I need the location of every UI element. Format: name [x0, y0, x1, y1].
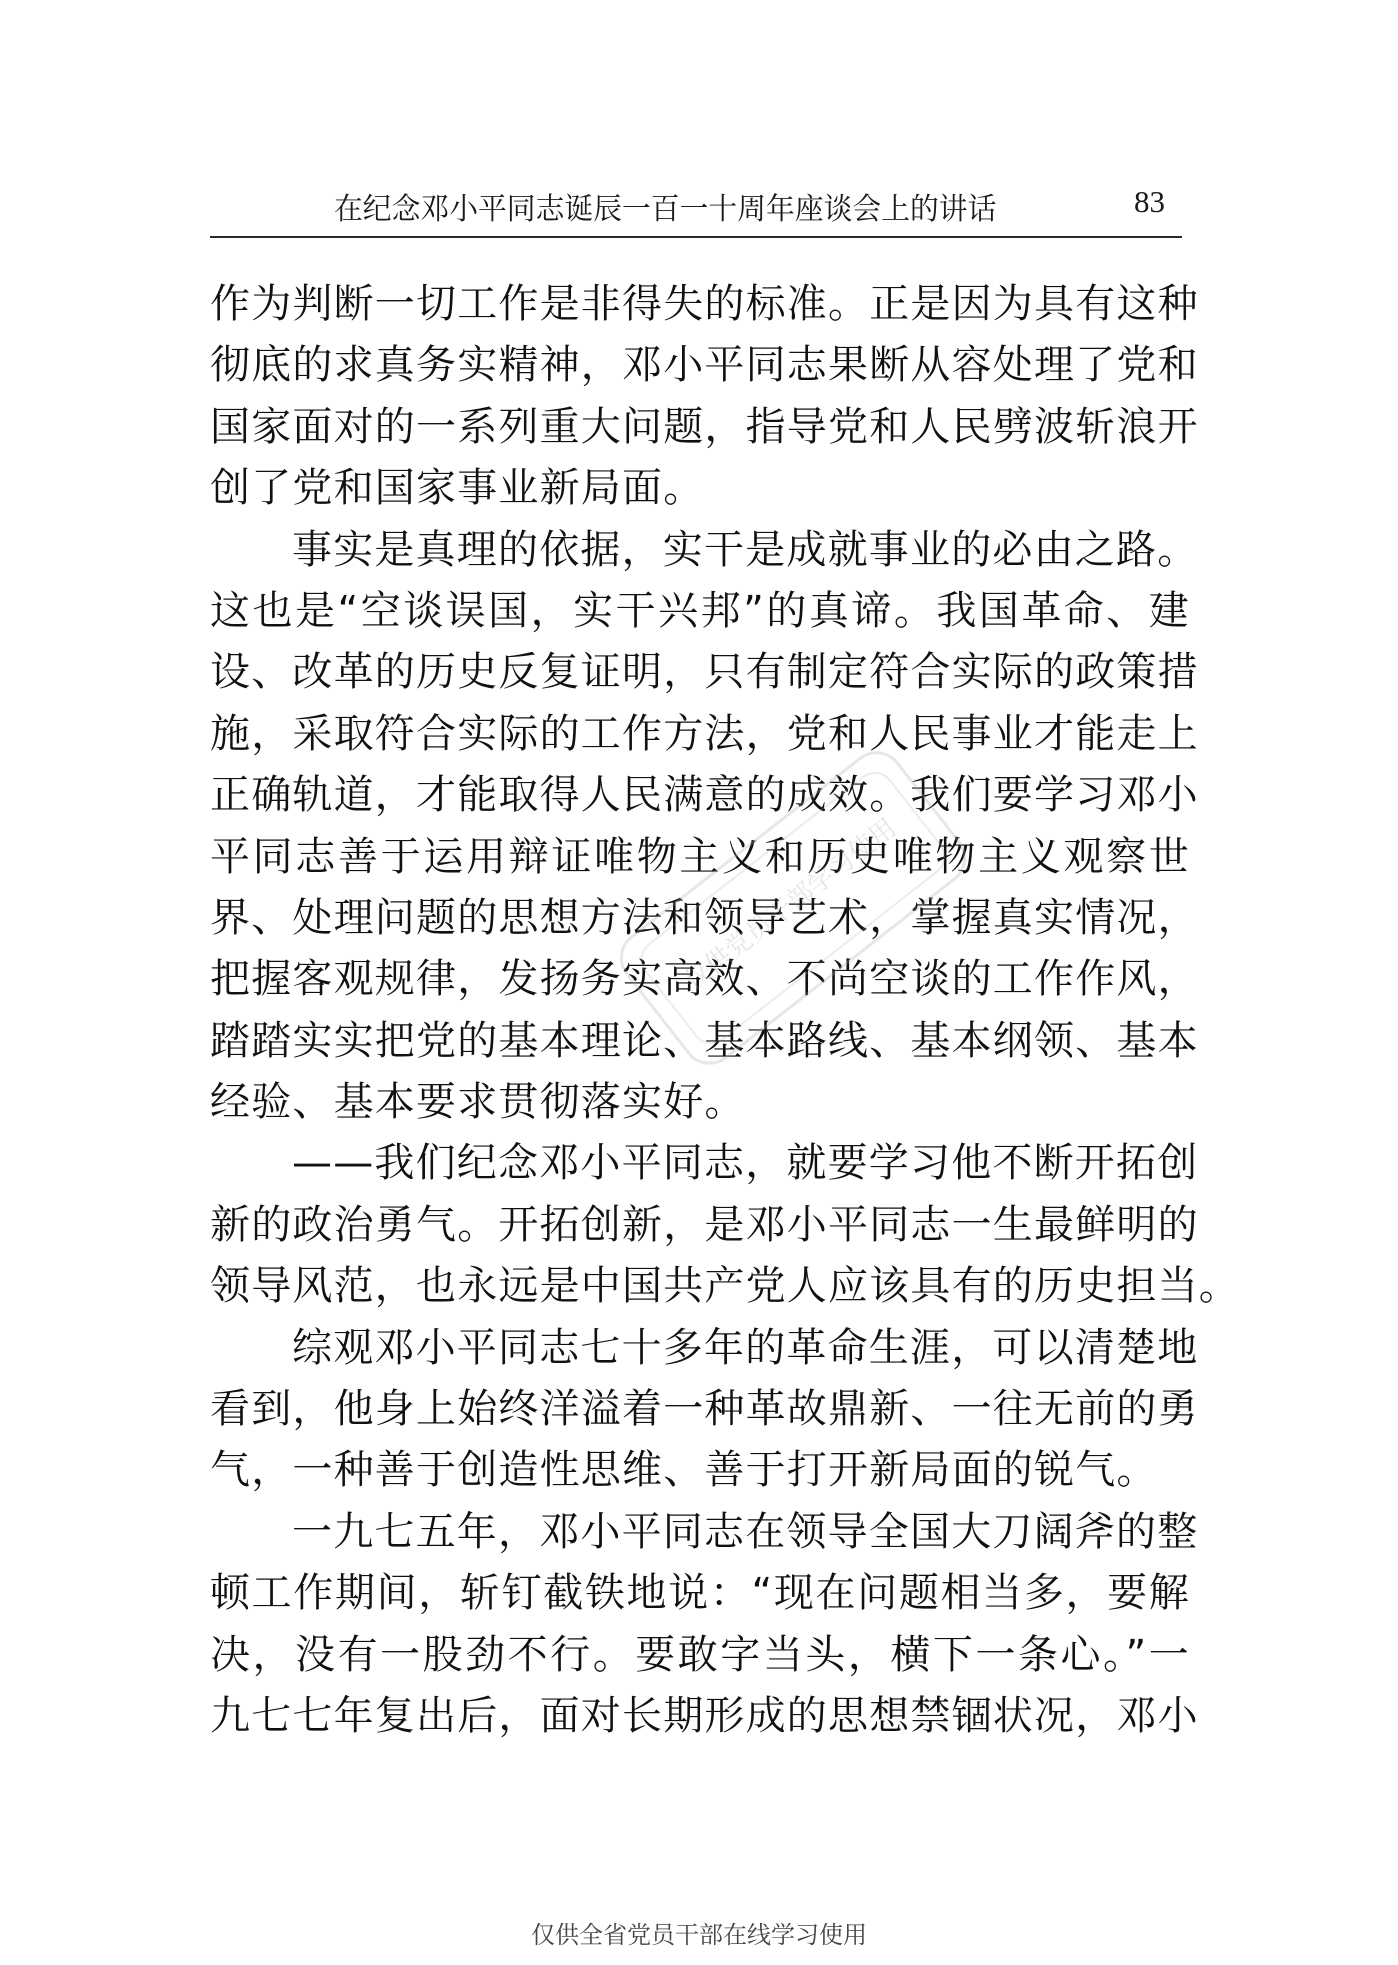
- text-line: 综观邓小平同志七十多年的革命生涯，可以清楚地: [210, 1318, 1190, 1379]
- header-rule: [210, 236, 1182, 238]
- text-line: 施，采取符合实际的工作方法，党和人民事业才能走上: [210, 704, 1190, 765]
- text-line: 创了党和国家事业新局面。: [210, 458, 1190, 519]
- text-line: 国家面对的一系列重大问题，指导党和人民劈波斩浪开: [210, 397, 1190, 458]
- footer-note: 仅供全省党员干部在线学习使用: [0, 1915, 1398, 1950]
- paragraph: 一九七五年，邓小平同志在领导全国大刀阔斧的整 顿工作期间，斩钉截铁地说：“现在问…: [210, 1502, 1190, 1748]
- paragraph: 作为判断一切工作是非得失的标准。正是因为具有这种 彻底的求真务实精神，邓小平同志…: [210, 274, 1190, 520]
- text-line: 领导风范，也永远是中国共产党人应该具有的历史担当。: [210, 1256, 1190, 1317]
- text-line: 设、改革的历史反复证明，只有制定符合实际的政策措: [210, 642, 1190, 703]
- text-line: 踏踏实实把党的基本理论、基本路线、基本纲领、基本: [210, 1011, 1190, 1072]
- body-text: 作为判断一切工作是非得失的标准。正是因为具有这种 彻底的求真务实精神，邓小平同志…: [210, 274, 1190, 1747]
- text-line: 经验、基本要求贯彻落实好。: [210, 1072, 1190, 1133]
- text-line: 平同志善于运用辩证唯物主义和历史唯物主义观察世: [210, 827, 1190, 888]
- text-line: 把握客观规律，发扬务实高效、不尚空谈的工作作风，: [210, 949, 1190, 1010]
- text-line: 彻底的求真务实精神，邓小平同志果断从容处理了党和: [210, 335, 1190, 396]
- text-line: 新的政治勇气。开拓创新，是邓小平同志一生最鲜明的: [210, 1195, 1190, 1256]
- page-number: 83: [1134, 184, 1165, 220]
- text-line: 看到，他身上始终洋溢着一种革故鼎新、一往无前的勇: [210, 1379, 1190, 1440]
- text-line: 这也是“空谈误国，实干兴邦”的真谛。我国革命、建: [210, 581, 1190, 642]
- text-line: 一九七五年，邓小平同志在领导全国大刀阔斧的整: [210, 1502, 1190, 1563]
- text-line: 事实是真理的依据，实干是成就事业的必由之路。: [210, 520, 1190, 581]
- paragraph: 综观邓小平同志七十多年的革命生涯，可以清楚地 看到，他身上始终洋溢着一种革故鼎新…: [210, 1318, 1190, 1502]
- text-line: 正确轨道，才能取得人民满意的成效。我们要学习邓小: [210, 765, 1190, 826]
- paragraph: ——我们纪念邓小平同志，就要学习他不断开拓创 新的政治勇气。开拓创新，是邓小平同…: [210, 1133, 1190, 1317]
- running-head: 在纪念邓小平同志诞辰一百一十周年座谈会上的讲话 83: [210, 178, 1185, 234]
- text-line: 界、处理问题的思想方法和领导艺术，掌握真实情况，: [210, 888, 1190, 949]
- paragraph: 事实是真理的依据，实干是成就事业的必由之路。 这也是“空谈误国，实干兴邦”的真谛…: [210, 520, 1190, 1134]
- text-line: 作为判断一切工作是非得失的标准。正是因为具有这种: [210, 274, 1190, 335]
- text-line: 九七七年复出后，面对长期形成的思想禁锢状况，邓小: [210, 1686, 1190, 1747]
- text-line: 顿工作期间，斩钉截铁地说：“现在问题相当多，要解: [210, 1563, 1190, 1624]
- text-line: 气，一种善于创造性思维、善于打开新局面的锐气。: [210, 1440, 1190, 1501]
- text-line: ——我们纪念邓小平同志，就要学习他不断开拓创: [210, 1133, 1190, 1194]
- text-line: 决，没有一股劲不行。要敢字当头，横下一条心。”一: [210, 1625, 1190, 1686]
- running-title: 在纪念邓小平同志诞辰一百一十周年座谈会上的讲话: [334, 184, 996, 228]
